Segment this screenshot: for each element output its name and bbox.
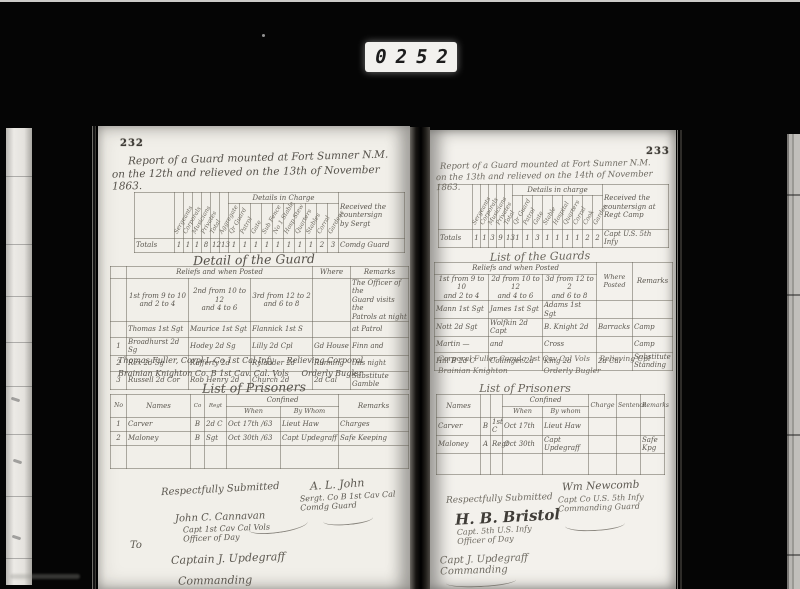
prisoner-name: Carver bbox=[437, 418, 481, 436]
film-edge-right-sliver bbox=[787, 134, 800, 589]
prisoner-by-whom: Capt Updegraff bbox=[281, 432, 339, 446]
total-cell: 1 bbox=[229, 239, 240, 253]
guard-remark: Camp bbox=[633, 318, 673, 336]
empty-cell bbox=[491, 395, 503, 418]
prisoner-co: A bbox=[481, 435, 491, 453]
guard-name: Adams 1st Sgt bbox=[543, 301, 597, 319]
relief-time: 2d from 10 to 12 and 4 to 6 bbox=[489, 275, 543, 301]
empty-cell bbox=[589, 453, 617, 474]
prisoner-regt: 1st C bbox=[491, 418, 503, 436]
signature-flourish bbox=[565, 516, 626, 532]
relieving-corporal-line: Corporal Fuller Comdg 1st Cav Cal Vols R… bbox=[438, 354, 650, 363]
left-to-label: To bbox=[130, 540, 142, 551]
by-whom-header: By Whom bbox=[281, 407, 339, 418]
totals-label: Totals bbox=[135, 239, 175, 253]
total-cell: 9 bbox=[497, 230, 505, 248]
guard-table-title: Reliefs and when Posted bbox=[435, 263, 597, 275]
total-cell: 1 bbox=[543, 230, 553, 248]
prisoner-by-whom: Lieut Haw bbox=[543, 418, 589, 436]
right-page-outer-edge bbox=[676, 130, 682, 589]
prisoner-when: Oct 17th bbox=[503, 418, 543, 436]
confined-header: Confined bbox=[227, 395, 339, 407]
guard-table-title: Reliefs and when Posted bbox=[127, 267, 313, 279]
summary-note-total: Capt U.S. 5th Infy bbox=[603, 230, 669, 248]
relief-time: 2nd from 10 to 12 and 4 to 6 bbox=[189, 279, 251, 322]
guard-name: Hodey 2d Sg bbox=[189, 337, 251, 355]
guard-name: Mann 1st Sgt bbox=[435, 301, 489, 319]
total-cell: 1 bbox=[175, 239, 184, 253]
total-cell: 1 bbox=[273, 239, 284, 253]
relief-time: 1st from 9 to 10 and 2 to 4 bbox=[127, 279, 189, 322]
prisoner-regt: 2d C bbox=[205, 418, 227, 432]
left-addressee: Captain J. Updegraff bbox=[171, 550, 286, 567]
empty-cell bbox=[439, 185, 473, 230]
scan-smudge bbox=[10, 574, 80, 579]
prisoner-by-whom: Capt Updegraff bbox=[543, 435, 589, 453]
relieving-corporal-name: Corporal Fuller Comdg 1st Cav Cal Vols bbox=[438, 354, 590, 363]
relieving-corporal-role: Relieving Corporal bbox=[287, 356, 363, 365]
total-cell: 1 bbox=[523, 230, 533, 248]
regt-header: Regt bbox=[205, 395, 227, 418]
prisoner-remarks: Safe Kpg bbox=[641, 435, 665, 453]
empty-cell bbox=[503, 453, 543, 474]
left-page-number: 232 bbox=[120, 138, 144, 149]
guard-where bbox=[313, 321, 351, 337]
orderly-bugler-line: Brainian Knighton Orderly Bugler bbox=[438, 366, 601, 375]
right-guard-commander-signature: Wm Newcomb bbox=[562, 479, 640, 494]
names-header: Names bbox=[437, 395, 481, 418]
by-whom-header: By whom bbox=[543, 407, 589, 418]
orderly-bugler-role: Orderly Bugler bbox=[543, 366, 600, 375]
prisoner-name: Maloney bbox=[437, 435, 481, 453]
empty-cell bbox=[491, 453, 503, 474]
empty-cell bbox=[111, 446, 127, 469]
total-cell: 12 bbox=[211, 239, 220, 253]
film-frame-top-edge bbox=[0, 0, 800, 2]
names-header: Names bbox=[127, 395, 191, 418]
guard-where: Barracks bbox=[597, 318, 633, 336]
prisoner-remarks: Charges bbox=[339, 418, 409, 432]
prisoner-charge bbox=[589, 418, 617, 436]
orderly-bugler-name: Brainian Knighton bbox=[438, 366, 508, 375]
co-header: Co bbox=[191, 395, 205, 418]
summary-note: Received the countersign by Sergt bbox=[339, 193, 405, 239]
relief-time: 3rd from 12 to 2 and 6 to 8 bbox=[251, 279, 313, 322]
empty-cell bbox=[543, 453, 589, 474]
relieving-corporal-line: Thomas Fuller, Corpl L Co 1st Cal Infy R… bbox=[118, 356, 363, 365]
total-cell: 2 bbox=[593, 230, 603, 248]
relieving-corporal-name: Thomas Fuller, Corpl L Co 1st Cal Infy bbox=[118, 356, 274, 365]
empty-cell bbox=[281, 446, 339, 469]
left-report-title-line2: on the 12th and relieved on the 13th of … bbox=[112, 163, 410, 192]
total-cell: 13 bbox=[505, 230, 513, 248]
charge-header: Charge bbox=[589, 395, 617, 418]
empty-cell bbox=[313, 279, 351, 322]
empty-cell bbox=[339, 446, 409, 469]
empty-cell bbox=[111, 279, 127, 322]
total-cell: 1 bbox=[193, 239, 202, 253]
signature-flourish bbox=[323, 512, 374, 527]
left-commanding-label: Commanding bbox=[178, 573, 252, 587]
guard-name: Martin — bbox=[435, 336, 489, 352]
total-cell: 1 bbox=[262, 239, 273, 253]
no-header: No bbox=[111, 395, 127, 418]
prisoner-when: Oct 30th /63 bbox=[227, 432, 281, 446]
prisoner-when: Oct 17th /63 bbox=[227, 418, 281, 432]
prisoner-name: Maloney bbox=[127, 432, 191, 446]
empty-cell bbox=[481, 453, 491, 474]
right-prisoner-table: Names Confined Charge Sentence Remarks W… bbox=[436, 394, 665, 475]
total-cell: 1 bbox=[473, 230, 481, 248]
guard-name: B. Knight 2d bbox=[543, 318, 597, 336]
film-edge-left-page-sliver bbox=[6, 128, 32, 585]
prisoner-no: 2 bbox=[111, 432, 127, 446]
prisoner-co: B bbox=[191, 418, 205, 432]
total-cell: 13 bbox=[220, 239, 229, 253]
guard-name: Lilly 2d Cpl bbox=[251, 337, 313, 355]
relieving-corporal-role: Relieving Cpl bbox=[599, 354, 650, 363]
guard-remark bbox=[633, 301, 673, 319]
sentence-header: Sentence bbox=[617, 395, 641, 418]
orderly-bugler-line: Brainian Knighton Co. B 1st Cav. Cal. Vo… bbox=[118, 369, 362, 378]
empty-cell bbox=[127, 446, 191, 469]
prisoner-remarks: Safe Keeping bbox=[339, 432, 409, 446]
guard-remark: Finn and bbox=[351, 337, 409, 355]
total-cell: 2 bbox=[583, 230, 593, 248]
total-cell: 3 bbox=[489, 230, 497, 248]
prisoner-sentence bbox=[617, 435, 641, 453]
guard-name: Flannick 1st S bbox=[251, 321, 313, 337]
confined-header: Confined bbox=[503, 395, 589, 407]
total-cell: 3 bbox=[533, 230, 543, 248]
film-speck bbox=[262, 34, 265, 37]
guard-name: James 1st Sgt bbox=[489, 301, 543, 319]
empty-cell bbox=[617, 453, 641, 474]
right-officer-of-day-rank: Capt. 5th U.S. Infy Officer of Day bbox=[457, 524, 533, 546]
microfilm-frame: 0252 232 Report of a Guard mounted at Fo… bbox=[0, 0, 800, 589]
right-page: 233 Report of a Guard mounted at Fort Su… bbox=[430, 130, 676, 589]
total-cell: 1 bbox=[184, 239, 193, 253]
guard-name: and bbox=[489, 336, 543, 352]
empty-cell bbox=[205, 446, 227, 469]
empty-cell bbox=[191, 446, 205, 469]
guard-where bbox=[597, 336, 633, 352]
prisoner-co: B bbox=[191, 432, 205, 446]
prisoner-name: Carver bbox=[127, 418, 191, 432]
remarks-header: Remarks bbox=[641, 395, 665, 418]
guard-name: Nott 2d Sgt bbox=[435, 318, 489, 336]
relief-time: 1st from 9 to 10 and 2 to 4 bbox=[435, 275, 489, 301]
guard-where bbox=[597, 301, 633, 319]
right-page-number: 233 bbox=[646, 146, 670, 157]
right-guard-commander-rank: Capt Co U.S. 5th Infy Commanding Guard bbox=[558, 493, 644, 514]
total-cell: 1 bbox=[563, 230, 573, 248]
guard-name: Thomas 1st Sgt bbox=[127, 321, 189, 337]
left-submitted-line: Respectfully Submitted bbox=[161, 481, 280, 498]
left-page-binding-edge bbox=[91, 126, 98, 589]
prisoner-no: 1 bbox=[111, 418, 127, 432]
prisoner-when: Oct 30th bbox=[503, 435, 543, 453]
guard-remarks-note: The Officer of the Guard visits the Patr… bbox=[351, 279, 409, 322]
row-number bbox=[111, 321, 127, 337]
prisoner-co: B bbox=[481, 418, 491, 436]
left-summary-table: Sergeants Corporals Musicians Privates T… bbox=[134, 192, 405, 253]
empty-cell bbox=[227, 446, 281, 469]
guard-remark: Camp bbox=[633, 336, 673, 352]
where-header: Where bbox=[313, 267, 351, 279]
total-cell: 1 bbox=[251, 239, 262, 253]
totals-label: Totals bbox=[439, 230, 473, 248]
frame-counter: 0252 bbox=[365, 42, 457, 72]
total-cell: 1 bbox=[573, 230, 583, 248]
right-summary-table: Sergeants Corporals Musicians Privates T… bbox=[438, 184, 669, 248]
guard-name: Broadhurst 2d Sg bbox=[127, 337, 189, 355]
prisoner-regt: Regt bbox=[491, 435, 503, 453]
group-header: Details in charge bbox=[513, 185, 603, 196]
empty-cell bbox=[111, 267, 127, 279]
row-number: 1 bbox=[111, 337, 127, 355]
guard-name: Maurice 1st Sgt bbox=[189, 321, 251, 337]
total-cell: 1 bbox=[240, 239, 251, 253]
prisoner-remarks bbox=[641, 418, 665, 436]
empty-cell bbox=[437, 453, 481, 474]
empty-cell bbox=[135, 193, 175, 239]
left-prisoner-table: No Names Co Regt Confined Remarks When B… bbox=[110, 394, 409, 469]
orderly-bugler-role: Orderly Bugler bbox=[301, 369, 362, 378]
remarks-header: Remarks bbox=[339, 395, 409, 418]
book-gutter bbox=[410, 127, 430, 589]
where-header: Where Posted bbox=[597, 263, 633, 301]
prisoner-by-whom: Lieut Haw bbox=[281, 418, 339, 432]
guard-remark: at Patrol bbox=[351, 321, 409, 337]
frame-counter-digits: 0252 bbox=[373, 46, 459, 68]
guard-where: Gd House bbox=[313, 337, 351, 355]
right-addressee-block: Capt J. Updegraff Commanding bbox=[440, 552, 529, 577]
left-guard-commander-rank: Sergt. Co B 1st Cav Cal Comdg Guard bbox=[300, 490, 397, 513]
left-guard-commander-signature: A. L. John bbox=[310, 476, 365, 493]
empty-cell bbox=[481, 395, 491, 418]
remarks-header: Remarks bbox=[633, 263, 673, 301]
guard-name: Wolfkin 2d Capt bbox=[489, 318, 543, 336]
left-page: 232 Report of a Guard mounted at Fort Su… bbox=[98, 126, 410, 589]
right-submitted-line: Respectfully Submitted bbox=[446, 492, 553, 506]
when-header: When bbox=[227, 407, 281, 418]
prisoner-regt: Sgt bbox=[205, 432, 227, 446]
remarks-header: Remarks bbox=[351, 267, 409, 279]
empty-cell bbox=[641, 453, 665, 474]
prisoner-charge bbox=[589, 435, 617, 453]
total-cell: 8 bbox=[202, 239, 211, 253]
orderly-bugler-name: Brainian Knighton Co. B 1st Cav. Cal. Vo… bbox=[118, 369, 289, 378]
relief-time: 3d from 12 to 2 and 6 to 8 bbox=[543, 275, 597, 301]
prisoner-sentence bbox=[617, 418, 641, 436]
group-header: Details in Charge bbox=[229, 193, 339, 204]
guard-name: Cross bbox=[543, 336, 597, 352]
total-cell: 1 bbox=[553, 230, 563, 248]
when-header: When bbox=[503, 407, 543, 418]
total-cell: 1 bbox=[481, 230, 489, 248]
summary-note: Received the countersign at Regt Camp bbox=[603, 185, 669, 230]
